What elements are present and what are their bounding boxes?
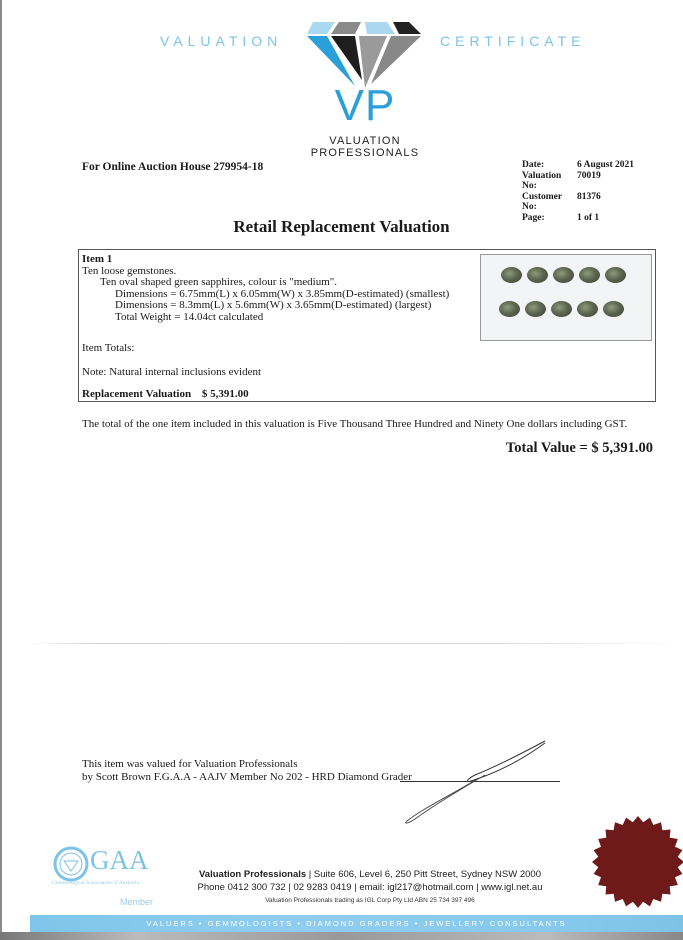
gemstone xyxy=(603,301,624,317)
total-value: Total Value = $ 5,391.00 xyxy=(506,440,653,457)
footer-company: Valuation Professionals xyxy=(199,869,306,880)
wax-seal-icon xyxy=(588,812,683,912)
footer-trading: Valuation Professionals trading as IGL C… xyxy=(175,897,565,904)
header-right-word: CERTIFICATE xyxy=(440,33,586,49)
scan-bottom-edge xyxy=(0,932,683,940)
certificate-meta: Date: 6 August 2021 Valuation No: 70019 … xyxy=(522,160,634,223)
item-description: Item 1 Ten loose gemstones. Ten oval sha… xyxy=(82,254,449,323)
meta-label: Date: xyxy=(522,160,577,171)
footer-address-line: Valuation Professionals | Suite 606, Lev… xyxy=(175,868,565,881)
meta-label: Customer No: xyxy=(522,192,577,213)
gemstone xyxy=(577,301,598,317)
diamond-logo-icon xyxy=(305,20,423,90)
logo-name-line1: VALUATION xyxy=(290,135,440,147)
gemstone xyxy=(499,301,520,317)
valuer-line1: This item was valued for Valuation Profe… xyxy=(82,758,412,771)
meta-valuation-no: Valuation No: 70019 xyxy=(522,171,634,192)
meta-value: 81376 xyxy=(577,192,601,213)
meta-value: 6 August 2021 xyxy=(577,160,634,171)
item-note: Note: Natural internal inclusions eviden… xyxy=(82,366,261,378)
footer-band: VALUERS • GEMMOLOGISTS • DIAMOND GRADERS… xyxy=(30,915,683,932)
scan-edge xyxy=(0,0,2,940)
gemstone xyxy=(605,267,626,283)
gemstone xyxy=(553,267,574,283)
replacement-value: $ 5,391.00 xyxy=(202,388,249,400)
item-line: Dimensions = 8.3mm(L) x 5.6mm(W) x 3.65m… xyxy=(82,300,449,312)
scan-artifact-line xyxy=(30,643,680,644)
meta-value: 70019 xyxy=(577,171,601,192)
gaa-subtitle: Gemmological Association of Australia xyxy=(52,880,139,886)
item-line: Ten oval shaped green sapphires, colour … xyxy=(82,277,449,289)
gemstone xyxy=(579,267,600,283)
footer-address: Valuation Professionals | Suite 606, Lev… xyxy=(175,868,565,894)
valuation-summary: The total of the one item included in th… xyxy=(82,418,627,430)
logo-company-name: VALUATION PROFESSIONALS xyxy=(290,135,440,159)
gaa-wordmark: GAA xyxy=(90,845,149,876)
gemstone-photo xyxy=(480,254,652,341)
replacement-label: Replacement Valuation xyxy=(82,388,191,400)
valuer-statement: This item was valued for Valuation Profe… xyxy=(82,758,412,783)
meta-label: Valuation No: xyxy=(522,171,577,192)
gemstone xyxy=(551,301,572,317)
item-line: Total Weight = 14.04ct calculated xyxy=(82,312,449,324)
gemstone xyxy=(501,267,522,283)
logo-name-line2: PROFESSIONALS xyxy=(290,147,440,159)
meta-date: Date: 6 August 2021 xyxy=(522,160,634,171)
valuer-line2: by Scott Brown F.G.A.A - AAJV Member No … xyxy=(82,771,412,784)
page-title: Retail Replacement Valuation xyxy=(0,217,683,237)
item-totals-label: Item Totals: xyxy=(82,342,135,354)
header-left-word: VALUATION xyxy=(160,33,282,49)
footer-contact: Phone 0412 300 732 | 02 9283 0419 | emai… xyxy=(175,881,565,894)
signature-icon xyxy=(395,735,555,825)
replacement-valuation: Replacement Valuation $ 5,391.00 xyxy=(82,388,249,400)
item-box: Item 1 Ten loose gemstones. Ten oval sha… xyxy=(78,249,656,402)
meta-customer-no: Customer No: 81376 xyxy=(522,192,634,213)
footer-street: | Suite 606, Level 6, 250 Pitt Street, S… xyxy=(306,869,541,880)
logo-monogram: VP xyxy=(300,84,430,128)
gemstone xyxy=(525,301,546,317)
gemstone xyxy=(527,267,548,283)
item-heading: Item 1 xyxy=(82,254,449,266)
client-line: For Online Auction House 279954-18 xyxy=(82,161,263,173)
gaa-member-label: Member xyxy=(120,897,153,907)
